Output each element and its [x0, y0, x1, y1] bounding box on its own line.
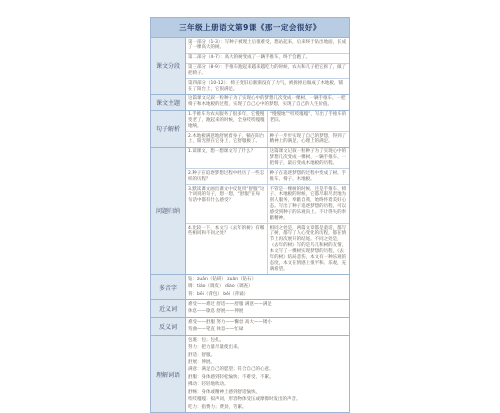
theme-text: 这篇课文记叙一粒种子为了实现心中的梦想几次变成一棵树、一辆手推车、一把椅子和木地…	[186, 95, 349, 110]
question-cell: 3.默读课文画出课文中反复用“舒服”这个词说的句子，想一想，“舒服”在每句话中都…	[186, 185, 268, 223]
sentence-analysis-row: 2.木地板满意地舒展着身子，躺在阳台上，阳光照在它身上，它舒服极了。 种子一步步…	[186, 132, 349, 147]
sentence-cell: 2.木地板满意地舒展着身子，躺在阳台上，阳光照在它身上，它舒服极了。	[186, 132, 268, 147]
vocabulary-line: 舒适：舒服。	[186, 352, 349, 359]
section-synonyms: 近义词 难受——难过 舒适——舒服 满意——满足 休息——歇息 舒展——伸展	[151, 300, 349, 318]
question-cell: 1.读课文，想一想课文写了什么？	[186, 148, 268, 169]
answer-cell: 这篇课文记叙一粒种子为了实现心中的梦想几次变成一棵树、一辆手推车、一把椅子，最后…	[268, 148, 349, 169]
vocabulary-line: 包裹：包；包扎。	[186, 337, 349, 344]
polyphone-line: 钻：zuān（钻研） zuàn（钻石）	[186, 276, 349, 283]
question-cell: 2.种子在追逐梦想过程中经历了一些怎样的历程？	[186, 169, 268, 184]
section-label-segments: 课文分段	[151, 38, 186, 94]
question-row: 3.默读课文画出课文中反复用“舒服”这个词说的句子，想一想，“舒服”在每句话中都…	[186, 185, 349, 224]
study-notes-table: 三年级上册语文第9课《那一定会很好》 课文分段 第一部分（1-3）：写种子被埋土…	[150, 17, 350, 360]
section-antonyms: 反义词 难受——舒服 努力——懈怠 高大——矮小 弯曲——笔直 休息——忙碌	[151, 318, 349, 336]
section-label-questions: 问题归纳	[151, 148, 186, 274]
section-theme: 课文主题 这篇课文记叙一粒种子为了实现心中的梦想几次变成一棵树、一辆手推车、一把…	[151, 95, 349, 111]
segment-row: 第三部分（8-9）：手推车跑起来越来越吃力的时候，农夫和儿子把它拆了，做了把椅子…	[186, 64, 349, 80]
section-vocabulary: 理解词语 包裹：包；包扎。 努力：把力量尽量使出来。 舒适：舒服。 舒展：伸展。…	[151, 336, 349, 360]
section-label-vocabulary: 理解词语	[151, 336, 186, 360]
sentence-analysis-row: 1.手推车为农夫服务了很多年，它慢慢变老了，跑起来的时候，全身吱吱嘎嘎地响。 “…	[186, 111, 349, 133]
synonym-line: 难受——难过 舒适——舒服 满意——满足	[186, 301, 349, 308]
analysis-cell: “慢慢地”“吱吱嘎嘎”，写出了手推车的老旧。	[268, 111, 349, 132]
sentence-analysis-content: 1.手推车为农夫服务了很多年，它慢慢变老了，跑起来的时候，全身吱吱嘎嘎地响。 “…	[186, 111, 349, 147]
questions-content: 1.读课文，想一想课文写了什么？ 这篇课文记叙一粒种子为了实现心中的梦想几次变成…	[186, 148, 349, 274]
antonym-line: 难受——舒服 努力——懈怠 高大——矮小	[186, 319, 349, 326]
section-text-segments: 课文分段 第一部分（1-3）：写种子被埋土后很难受，想站起来，后来终于钻出地面，…	[151, 38, 349, 95]
section-label-theme: 课文主题	[151, 95, 186, 110]
section-label-polyphones: 多音字	[151, 275, 186, 299]
analysis-cell: 种子一步步实现了自己的梦想，得到了精神上的满足、心理上的满足。	[268, 132, 349, 147]
synonyms-content: 难受——难过 舒适——舒服 满意——满足 休息——歇息 舒展——伸展	[186, 300, 349, 317]
question-row: 1.读课文，想一想课文写了什么？ 这篇课文记叙一粒种子为了实现心中的梦想几次变成…	[186, 148, 349, 170]
lesson-title: 三年级上册语文第9课《那一定会很好》	[151, 18, 349, 38]
question-cell: 4.比较一下，本文与《去年的树》有哪些相同和不同之处？	[186, 224, 268, 274]
polyphone-line: 背：bēi（背包） bèi（背诵）	[186, 291, 349, 298]
answer-cell: 不管是一棵树的时候，还是手推车、椅子、木地板的时候，它都尽职尽责地为别人服务，奉…	[268, 185, 349, 223]
section-label-antonyms: 反义词	[151, 318, 186, 335]
section-questions: 问题归纳 1.读课文，想一想课文写了什么？ 这篇课文记叙一粒种子为了实现心中的梦…	[151, 148, 349, 275]
antonym-line: 弯曲——笔直 休息——忙碌	[186, 326, 349, 333]
question-row: 4.比较一下，本文与《去年的树》有哪些相同和不同之处？ 相同之处是，两篇文章都是…	[186, 224, 349, 274]
segment-row: 第二部分（4-7）：高大的树变成了一辆手推车，终于会跑了。	[186, 54, 349, 64]
theme-content: 这篇课文记叙一粒种子为了实现心中的梦想几次变成一棵树、一辆手推车、一把椅子和木地…	[186, 95, 349, 110]
segment-row: 第一部分（1-3）：写种子被埋土后很难受，想站起来，后来终于钻出地面，长成了一棵…	[186, 38, 349, 54]
question-row: 2.种子在追逐梦想过程中经历了一些怎样的历程？ 种子在追逐梦想的过程中变成了树、…	[186, 169, 349, 185]
section-label-sentence-analysis: 句子解析	[151, 111, 186, 147]
answer-cell: 相同之处是，两篇文章都是童话，都写了树，都写了人心变化的历程，都在情节上再次展开…	[268, 224, 349, 274]
section-polyphones: 多音字 钻：zuān（钻研） zuàn（钻石） 调：tiáo（调皮） diào（…	[151, 275, 349, 300]
vocabulary-content: 包裹：包；包扎。 努力：把力量尽量使出来。 舒适：舒服。 舒展：伸展。 满意：满…	[186, 336, 349, 360]
vocabulary-line: 努力：把力量尽量使出来。	[186, 344, 349, 351]
section-sentence-analysis: 句子解析 1.手推车为农夫服务了很多年，它慢慢变老了，跑起来的时候，全身吱吱嘎嘎…	[151, 111, 349, 148]
segments-content: 第一部分（1-3）：写种子被埋土后很难受，想站起来，后来终于钻出地面，长成了一棵…	[186, 38, 349, 94]
answer-cell: 种子在追逐梦想的过程中变成了树、手推车、椅子、木地板。	[268, 169, 349, 184]
section-label-synonyms: 近义词	[151, 300, 186, 317]
sentence-cell: 1.手推车为农夫服务了很多年，它慢慢变老了，跑起来的时候，全身吱吱嘎嘎地响。	[186, 111, 268, 132]
segment-row: 第四部分（10-12）：椅子变旧后渐渐没有了力气，被拆掉后做成了木地板，铺在了阳…	[186, 79, 349, 94]
polyphone-line: 调：tiáo（调皮） diào（调查）	[186, 283, 349, 290]
antonyms-content: 难受——舒服 努力——懈怠 高大——矮小 弯曲——笔直 休息——忙碌	[186, 318, 349, 335]
synonym-line: 休息——歇息 舒展——伸展	[186, 309, 349, 316]
polyphones-content: 钻：zuān（钻研） zuàn（钻石） 调：tiáo（调皮） diào（调查） …	[186, 275, 349, 299]
